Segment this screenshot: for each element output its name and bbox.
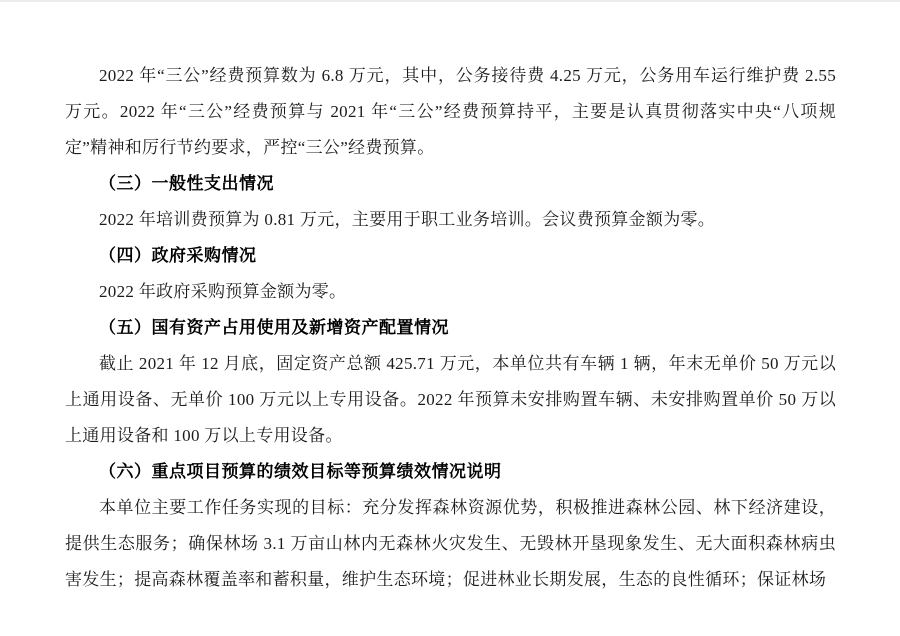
section-heading: （三）一般性支出情况 [65,166,836,202]
page-top-edge-divider [0,0,900,2]
document-page: 2022 年“三公”经费预算数为 6.8 万元，其中，公务接待费 4.25 万元… [0,0,900,636]
body-paragraph: 本单位主要工作任务实现的目标：充分发挥森林资源优势，积极推进森林公园、林下经济建… [65,490,836,598]
section-heading: （五）国有资产占用使用及新增资产配置情况 [65,310,836,346]
section-heading: （四）政府采购情况 [65,238,836,274]
section-heading: （六）重点项目预算的绩效目标等预算绩效情况说明 [65,454,836,490]
document-body: 2022 年“三公”经费预算数为 6.8 万元，其中，公务接待费 4.25 万元… [0,0,900,598]
body-paragraph: 2022 年“三公”经费预算数为 6.8 万元，其中，公务接待费 4.25 万元… [65,58,836,166]
body-paragraph: 2022 年政府采购预算金额为零。 [65,274,836,310]
body-paragraph: 截止 2021 年 12 月底，固定资产总额 425.71 万元，本单位共有车辆… [65,346,836,454]
body-paragraph: 2022 年培训费预算为 0.81 万元，主要用于职工业务培训。会议费预算金额为… [65,202,836,238]
